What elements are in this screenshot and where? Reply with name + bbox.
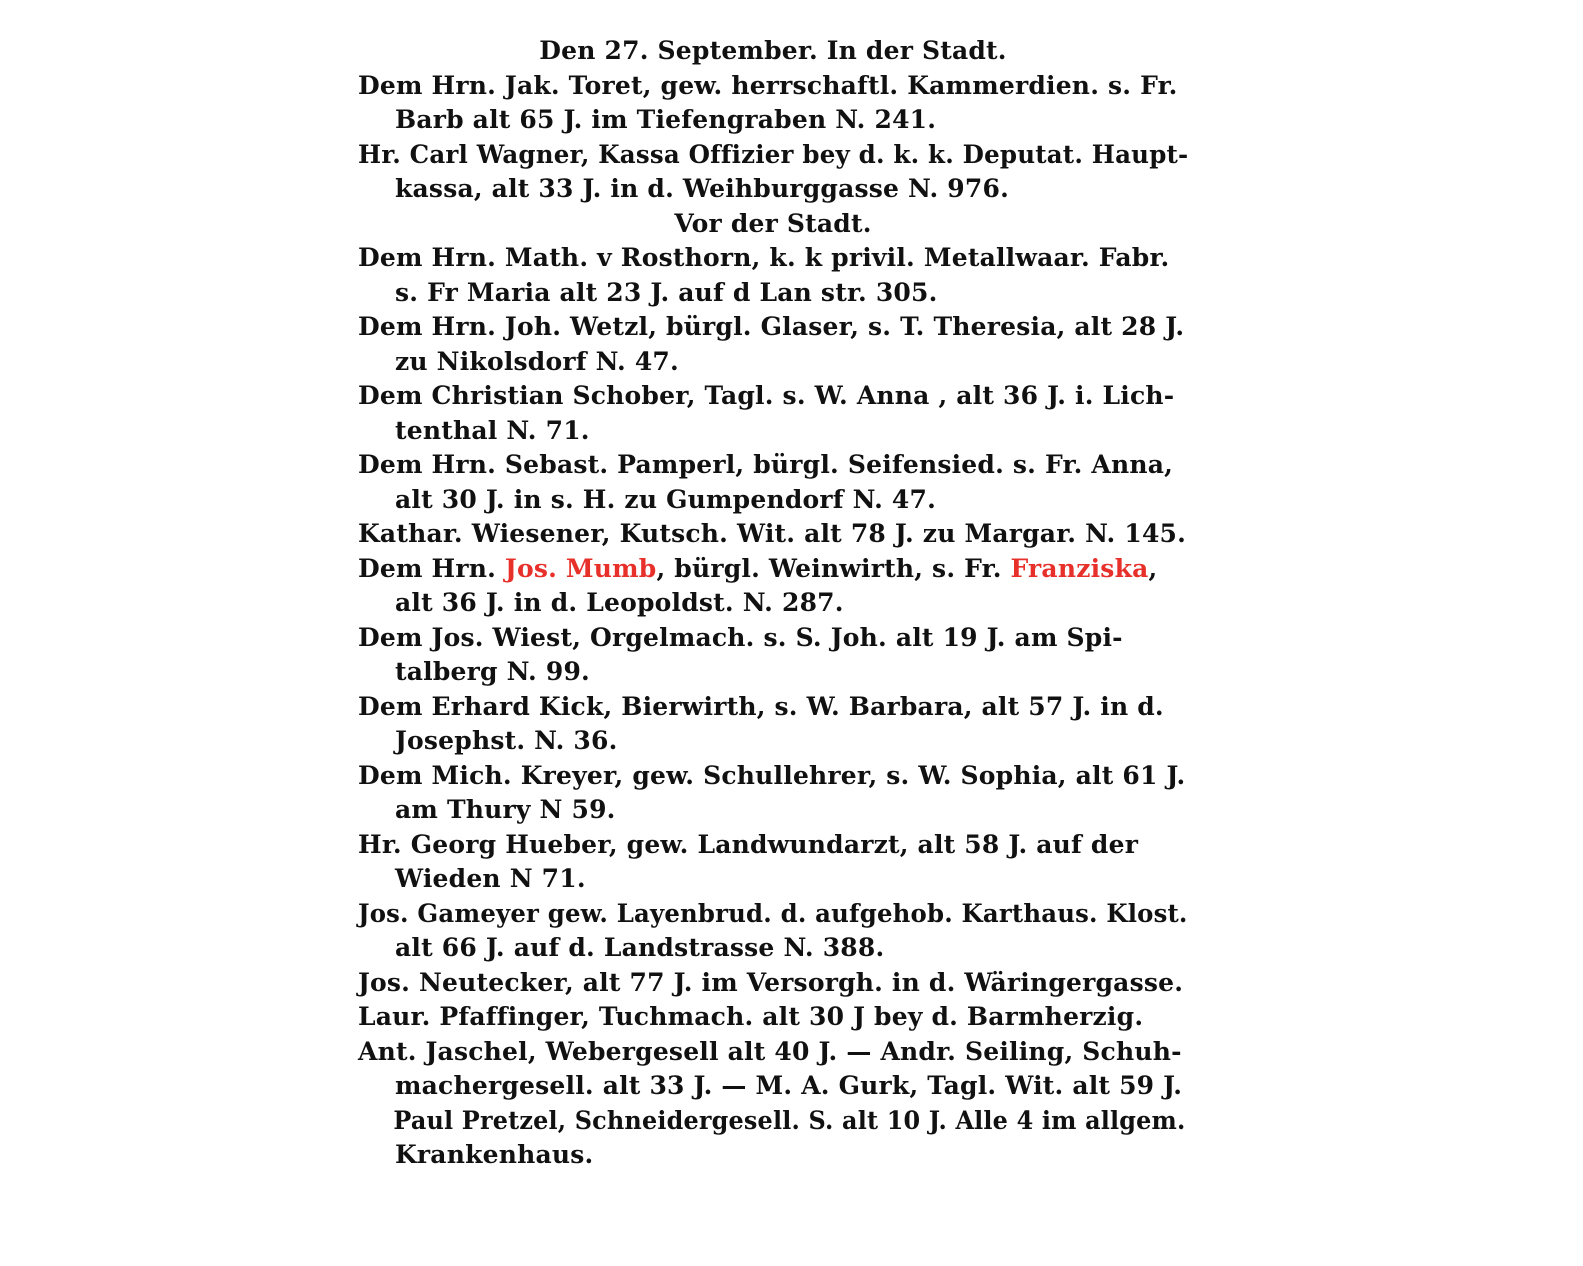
entry-line: Dem Hrn. Jak. Toret, gew. herrschaftl. K…: [358, 69, 1188, 104]
entry-line: Dem Jos. Wiest, Orgelmach. s. S. Joh. al…: [358, 621, 1188, 656]
entry-line: Dem Hrn. Sebast. Pamperl, bürgl. Seifens…: [358, 448, 1188, 483]
entry-line: Ant. Jaschel, Webergesell alt 40 J. — An…: [358, 1035, 1188, 1070]
entry-line: Hr. Georg Hueber, gew. Landwundarzt, alt…: [358, 828, 1188, 863]
entry-line: Dem Hrn. Joh. Wetzl, bürgl. Glaser, s. T…: [358, 310, 1188, 345]
entry-line-continuation: Wieden N 71.: [358, 862, 1188, 897]
entry-line: Laur. Pfaffinger, Tuchmach. alt 30 J bey…: [358, 1000, 1188, 1035]
entry-line: Jos. Neutecker, alt 77 J. im Versorgh. i…: [358, 966, 1188, 1001]
entry-line-continuation: alt 66 J. auf d. Landstrasse N. 388.: [358, 931, 1188, 966]
entry-text: ,: [1149, 554, 1158, 583]
entry-line: Dem Erhard Kick, Bierwirth, s. W. Barbar…: [358, 690, 1188, 725]
entry-line-continuation: talberg N. 99.: [358, 655, 1188, 690]
entry-line-continuation: zu Nikolsdorf N. 47.: [358, 345, 1188, 380]
highlighted-name: Jos. Mumb: [505, 554, 657, 583]
register-entry: Dem Hrn. Jak. Toret, gew. herrschaftl. K…: [358, 69, 1188, 138]
entry-line-continuation: am Thury N 59.: [358, 793, 1188, 828]
register-entry: Jos. Gameyer gew. Layenbrud. d. aufgehob…: [358, 897, 1188, 966]
entry-line-continuation: s. Fr Maria alt 23 J. auf d Lan str. 305…: [358, 276, 1188, 311]
entry-line: Dem Christian Schober, Tagl. s. W. Anna …: [358, 379, 1188, 414]
register-entry: Dem Hrn. Math. v Rosthorn, k. k privil. …: [358, 241, 1188, 310]
section-heading-vor-der-stadt: Vor der Stadt.: [358, 207, 1188, 242]
death-register-page: Den 27. September. In der Stadt. Dem Hrn…: [358, 34, 1188, 1173]
entry-line-continuation: Barb alt 65 J. im Tiefengraben N. 241.: [358, 103, 1188, 138]
register-entry: Dem Jos. Wiest, Orgelmach. s. S. Joh. al…: [358, 621, 1188, 690]
entry-line: Dem Hrn. Math. v Rosthorn, k. k privil. …: [358, 241, 1188, 276]
register-entry: Kathar. Wiesener, Kutsch. Wit. alt 78 J.…: [358, 517, 1188, 552]
entry-line: Kathar. Wiesener, Kutsch. Wit. alt 78 J.…: [358, 517, 1188, 552]
register-entry: Hr. Carl Wagner, Kassa Offizier bey d. k…: [358, 138, 1188, 207]
entry-line: Jos. Gameyer gew. Layenbrud. d. aufgehob…: [358, 897, 1166, 932]
entry-line-continuation: Josephst. N. 36.: [358, 724, 1188, 759]
register-entry: Dem Mich. Kreyer, gew. Schullehrer, s. W…: [358, 759, 1188, 828]
highlighted-wife-name: Franziska: [1011, 554, 1149, 583]
register-entry-highlighted: Dem Hrn. Jos. Mumb, bürgl. Weinwirth, s.…: [358, 552, 1188, 621]
register-entry: Dem Hrn. Sebast. Pamperl, bürgl. Seifens…: [358, 448, 1188, 517]
entry-line-continuation: machergesell. alt 33 J. — M. A. Gurk, Ta…: [358, 1069, 1188, 1104]
entry-line: Hr. Carl Wagner, Kassa Offizier bey d. k…: [358, 138, 1171, 173]
entry-line-continuation: Paul Pretzel, Schneidergesell. S. alt 10…: [358, 1104, 1151, 1139]
register-entry: Ant. Jaschel, Webergesell alt 40 J. — An…: [358, 1035, 1188, 1173]
entry-line-continuation: Krankenhaus.: [358, 1138, 1188, 1173]
entry-line-continuation: kassa, alt 33 J. in d. Weihburggasse N. …: [358, 172, 1188, 207]
register-entry: Dem Hrn. Joh. Wetzl, bürgl. Glaser, s. T…: [358, 310, 1188, 379]
entry-line-continuation: tenthal N. 71.: [358, 414, 1188, 449]
entry-line-continuation: alt 30 J. in s. H. zu Gumpendorf N. 47.: [358, 483, 1188, 518]
register-entry: Hr. Georg Hueber, gew. Landwundarzt, alt…: [358, 828, 1188, 897]
register-entry: Laur. Pfaffinger, Tuchmach. alt 30 J bey…: [358, 1000, 1188, 1035]
register-entry: Jos. Neutecker, alt 77 J. im Versorgh. i…: [358, 966, 1188, 1001]
entry-line-continuation: alt 36 J. in d. Leopoldst. N. 287.: [358, 586, 1188, 621]
register-entry: Dem Christian Schober, Tagl. s. W. Anna …: [358, 379, 1188, 448]
entry-line-highlighted: Dem Hrn. Jos. Mumb, bürgl. Weinwirth, s.…: [358, 552, 1188, 587]
register-entry: Dem Erhard Kick, Bierwirth, s. W. Barbar…: [358, 690, 1188, 759]
entry-line: Dem Mich. Kreyer, gew. Schullehrer, s. W…: [358, 759, 1188, 794]
entry-text: Dem Hrn.: [358, 554, 505, 583]
section-heading-in-der-stadt: Den 27. September. In der Stadt.: [358, 34, 1188, 69]
entry-text: , bürgl. Weinwirth, s. Fr.: [657, 554, 1011, 583]
